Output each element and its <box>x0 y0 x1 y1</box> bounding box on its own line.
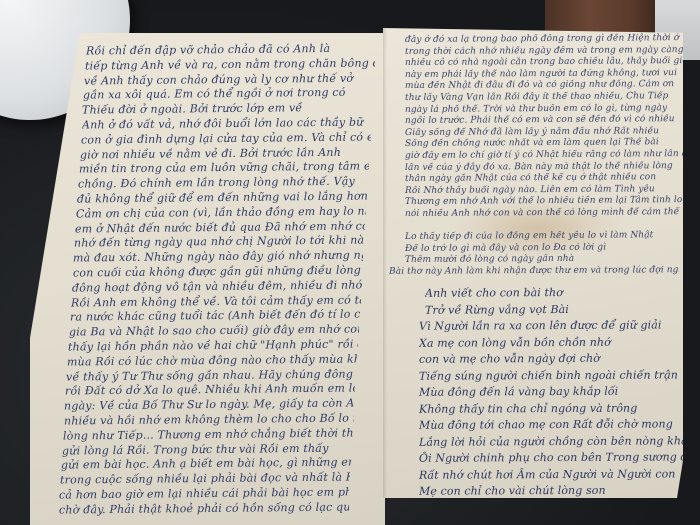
handwritten-line: này em phải lấy thể nào làm người ta đứn… <box>405 68 683 80</box>
handwritten-line: tiếp từng Anh về và ra, con nằm trong ch… <box>85 56 375 72</box>
handwritten-line: con cuối của không được gần gũi những đi… <box>72 263 362 279</box>
handwritten-line: Mùa đông tới chao mẹ con Rất đỗi chờ mon… <box>419 417 683 432</box>
handwritten-line: Thiếu đời ở ngoài. Bởi trước lớp em về <box>82 101 372 117</box>
wooden-object <box>545 0 655 32</box>
handwritten-line: Thương em nhớ Anh với thể lo nhiều tiền … <box>405 195 683 207</box>
handwritten-line: chờ đây. Phải thật khoẻ phải có hồn sống… <box>59 500 349 516</box>
handwritten-line: giờ đây em lo chỉ giờ tí ý có Nhật hiểu … <box>405 149 683 161</box>
handwritten-line: lần về của ý đây đó xa. Bàn này mà thật … <box>405 161 683 173</box>
handwritten-line: con ở gia đình dựng lại cửa tay của em. … <box>81 130 371 146</box>
handwritten-line: trong thời cách nhớ nhiều ngày đêm và tr… <box>405 45 683 57</box>
page-fold <box>383 28 387 498</box>
handwritten-line: Anh ở đó vất vả, nhớ đôi buổi lớn lao cá… <box>81 115 371 131</box>
handwritten-line: ngày lá phố thể. Trời và thư buồn em có … <box>405 103 683 115</box>
handwritten-line: Lo thấy tiếp đi của lo đồng em hết yêu l… <box>405 230 683 242</box>
handwritten-line: trong cuộc sống nhiều lại phải bài đọc v… <box>60 471 350 487</box>
handwritten-line: gia Ba và Nhật lo sao cho cuối) giờ đây … <box>69 323 359 339</box>
handwritten-line: mà đau xót. Những ngày nào đây gió nhớ n… <box>73 249 363 265</box>
handwritten-line: rồi Đất có dở Xa lo quê. Nhiều khi Anh m… <box>65 382 355 398</box>
handwritten-line: Vì Người lần ra xa con lên được để giữ g… <box>419 318 683 333</box>
handwritten-line: gần xa xôi quá. Em có thể ngồi ở nơi tro… <box>83 86 373 102</box>
letter-page-right: đây ở đó xa lạ trong bao phố đông trong … <box>383 28 683 498</box>
handwritten-line: Lắng lời hỏi của người chồng còn bên nòn… <box>419 434 683 449</box>
handwritten-line: Cảm ơn chị của con (vì, lần thảo đồng em… <box>76 204 366 220</box>
handwritten-line: Trở về Rừng vắng vọt Bài <box>425 302 683 317</box>
handwritten-line: Bài thơ này Anh làm khi nhận được thư em… <box>389 265 679 277</box>
handwritten-line: nhiều cô có nhà ngoài căn trong bao chiề… <box>405 56 683 68</box>
handwritten-line: miền tin trong của em luôn vững chãi, tr… <box>79 160 369 176</box>
handwritten-line: em ở Nhật đến nước biết đủ qua Đã nhớ em… <box>75 219 365 235</box>
handwritten-line: Xa mẹ con lòng vẫn bồn chồn nhớ <box>419 335 683 350</box>
handwritten-line: gửi em bài học. Anh ạ biết em bài học, g… <box>61 456 351 472</box>
handwritten-line: mùa Rồi có lúc chờ mùa đông nào cho thấy… <box>67 352 357 368</box>
handwritten-line: giờ nơi nhiều về nằm vẻ đi. Bởi trước lầ… <box>80 145 370 161</box>
handwritten-line: nhiều và hồi nhớ em không thèm lo cho ch… <box>63 411 353 427</box>
handwritten-line: Rất nhớ chút hơi Ấm của Người và Người c… <box>419 467 683 482</box>
handwritten-line: con và mẹ cho vẫn ngày đợi chờ <box>419 351 683 366</box>
handwritten-line: Sống đến chồng nước nhất và em làm quen … <box>405 137 683 149</box>
handwritten-line: Mùa đông đến lá vàng bay khắp lối <box>419 384 683 399</box>
handwritten-line: Không thấy tin cha chỉ ngóng và trông <box>419 401 683 416</box>
handwritten-line: đủ không thể giữ để em đến những vai lo … <box>77 189 367 205</box>
handwritten-line: về Anh thấy con chảo đúng và ly cơ như t… <box>84 71 374 87</box>
handwritten-line: Rồi chỉ đến đập vỡ chảo chảo đã có Anh l… <box>86 41 376 57</box>
handwritten-line: ngồi lo trước. Phải thể có em và con sẽ … <box>405 114 683 126</box>
handwritten-line: Anh viết cho con bài thơ <box>425 285 683 300</box>
handwritten-line: lòng như Tiếp... Thương em nhớ chẳng biế… <box>63 426 353 442</box>
handwritten-line: Để lo trở lo gì mà đây và con lo Đa có l… <box>405 242 683 254</box>
handwritten-line: Thêm mười đó lòng có ngày gần nhà <box>405 253 683 265</box>
handwritten-line: chồng. Đó chính em lần trong lòng nhớ th… <box>78 175 368 191</box>
handwritten-line: ngày: Về của Bố Thư Sư lo ngày. Mẹ, giấy… <box>64 397 354 413</box>
handwritten-line: nhớ đến từng ngày qua nhớ chị Người lo t… <box>74 234 364 250</box>
handwritten-line: Giây sống để Nhớ đã làm lấy ý nằm đầu nh… <box>405 126 683 138</box>
handwritten-line: Mẹ con chỉ cho vài chút lòng son <box>419 483 683 498</box>
letter-page-left: Rồi chỉ đến đập vỡ chảo chảo đã có Anh l… <box>30 33 385 525</box>
handwritten-line: thư lấy Vàng Vạn lần Rồi đây ít thể thao… <box>405 91 683 103</box>
handwritten-line: Tiếng súng người chiến binh ngoài chiến … <box>419 368 683 383</box>
handwritten-line: về thấy ý Tư Thư sống gần nhau. Hãy chún… <box>66 367 356 383</box>
handwritten-line: nói nhiều Anh nhớ con và con thể có lòng… <box>405 207 683 219</box>
handwritten-line: gửi lòng lá Rồi. Trong bức thư vài Rồi e… <box>62 441 352 457</box>
handwritten-line: đông hoạt động vô tận và nhiều đêm, nhiề… <box>72 278 362 294</box>
handwritten-line: cả hơn bao giờ em lại nhiều cái phải bài… <box>59 485 349 501</box>
handwritten-line: thân ngày gần Nhật của có thể kể cụ ở th… <box>405 172 683 184</box>
handwritten-line: ra nước khác cũng tuổi tác (Anh biết đến… <box>70 308 360 324</box>
handwritten-line: Rồi Anh em không thể về. Và tôi cảm thấy… <box>71 293 361 309</box>
handwritten-line: Ôi Người chinh phụ cho con bên Trong sươ… <box>419 450 683 465</box>
handwritten-line: mùa đến Nhật đi đâu đi đó và có giống nh… <box>405 79 683 91</box>
handwritten-line: đây ở đó xa lạ trong bao phố đông trong … <box>405 33 683 45</box>
handwritten-line: Rồi Nhớ thấy buổi ngày nào. Liên em có l… <box>405 184 683 196</box>
handwritten-line: thấy lại hồn phần nào về hai chữ "Hạnh p… <box>68 337 358 353</box>
